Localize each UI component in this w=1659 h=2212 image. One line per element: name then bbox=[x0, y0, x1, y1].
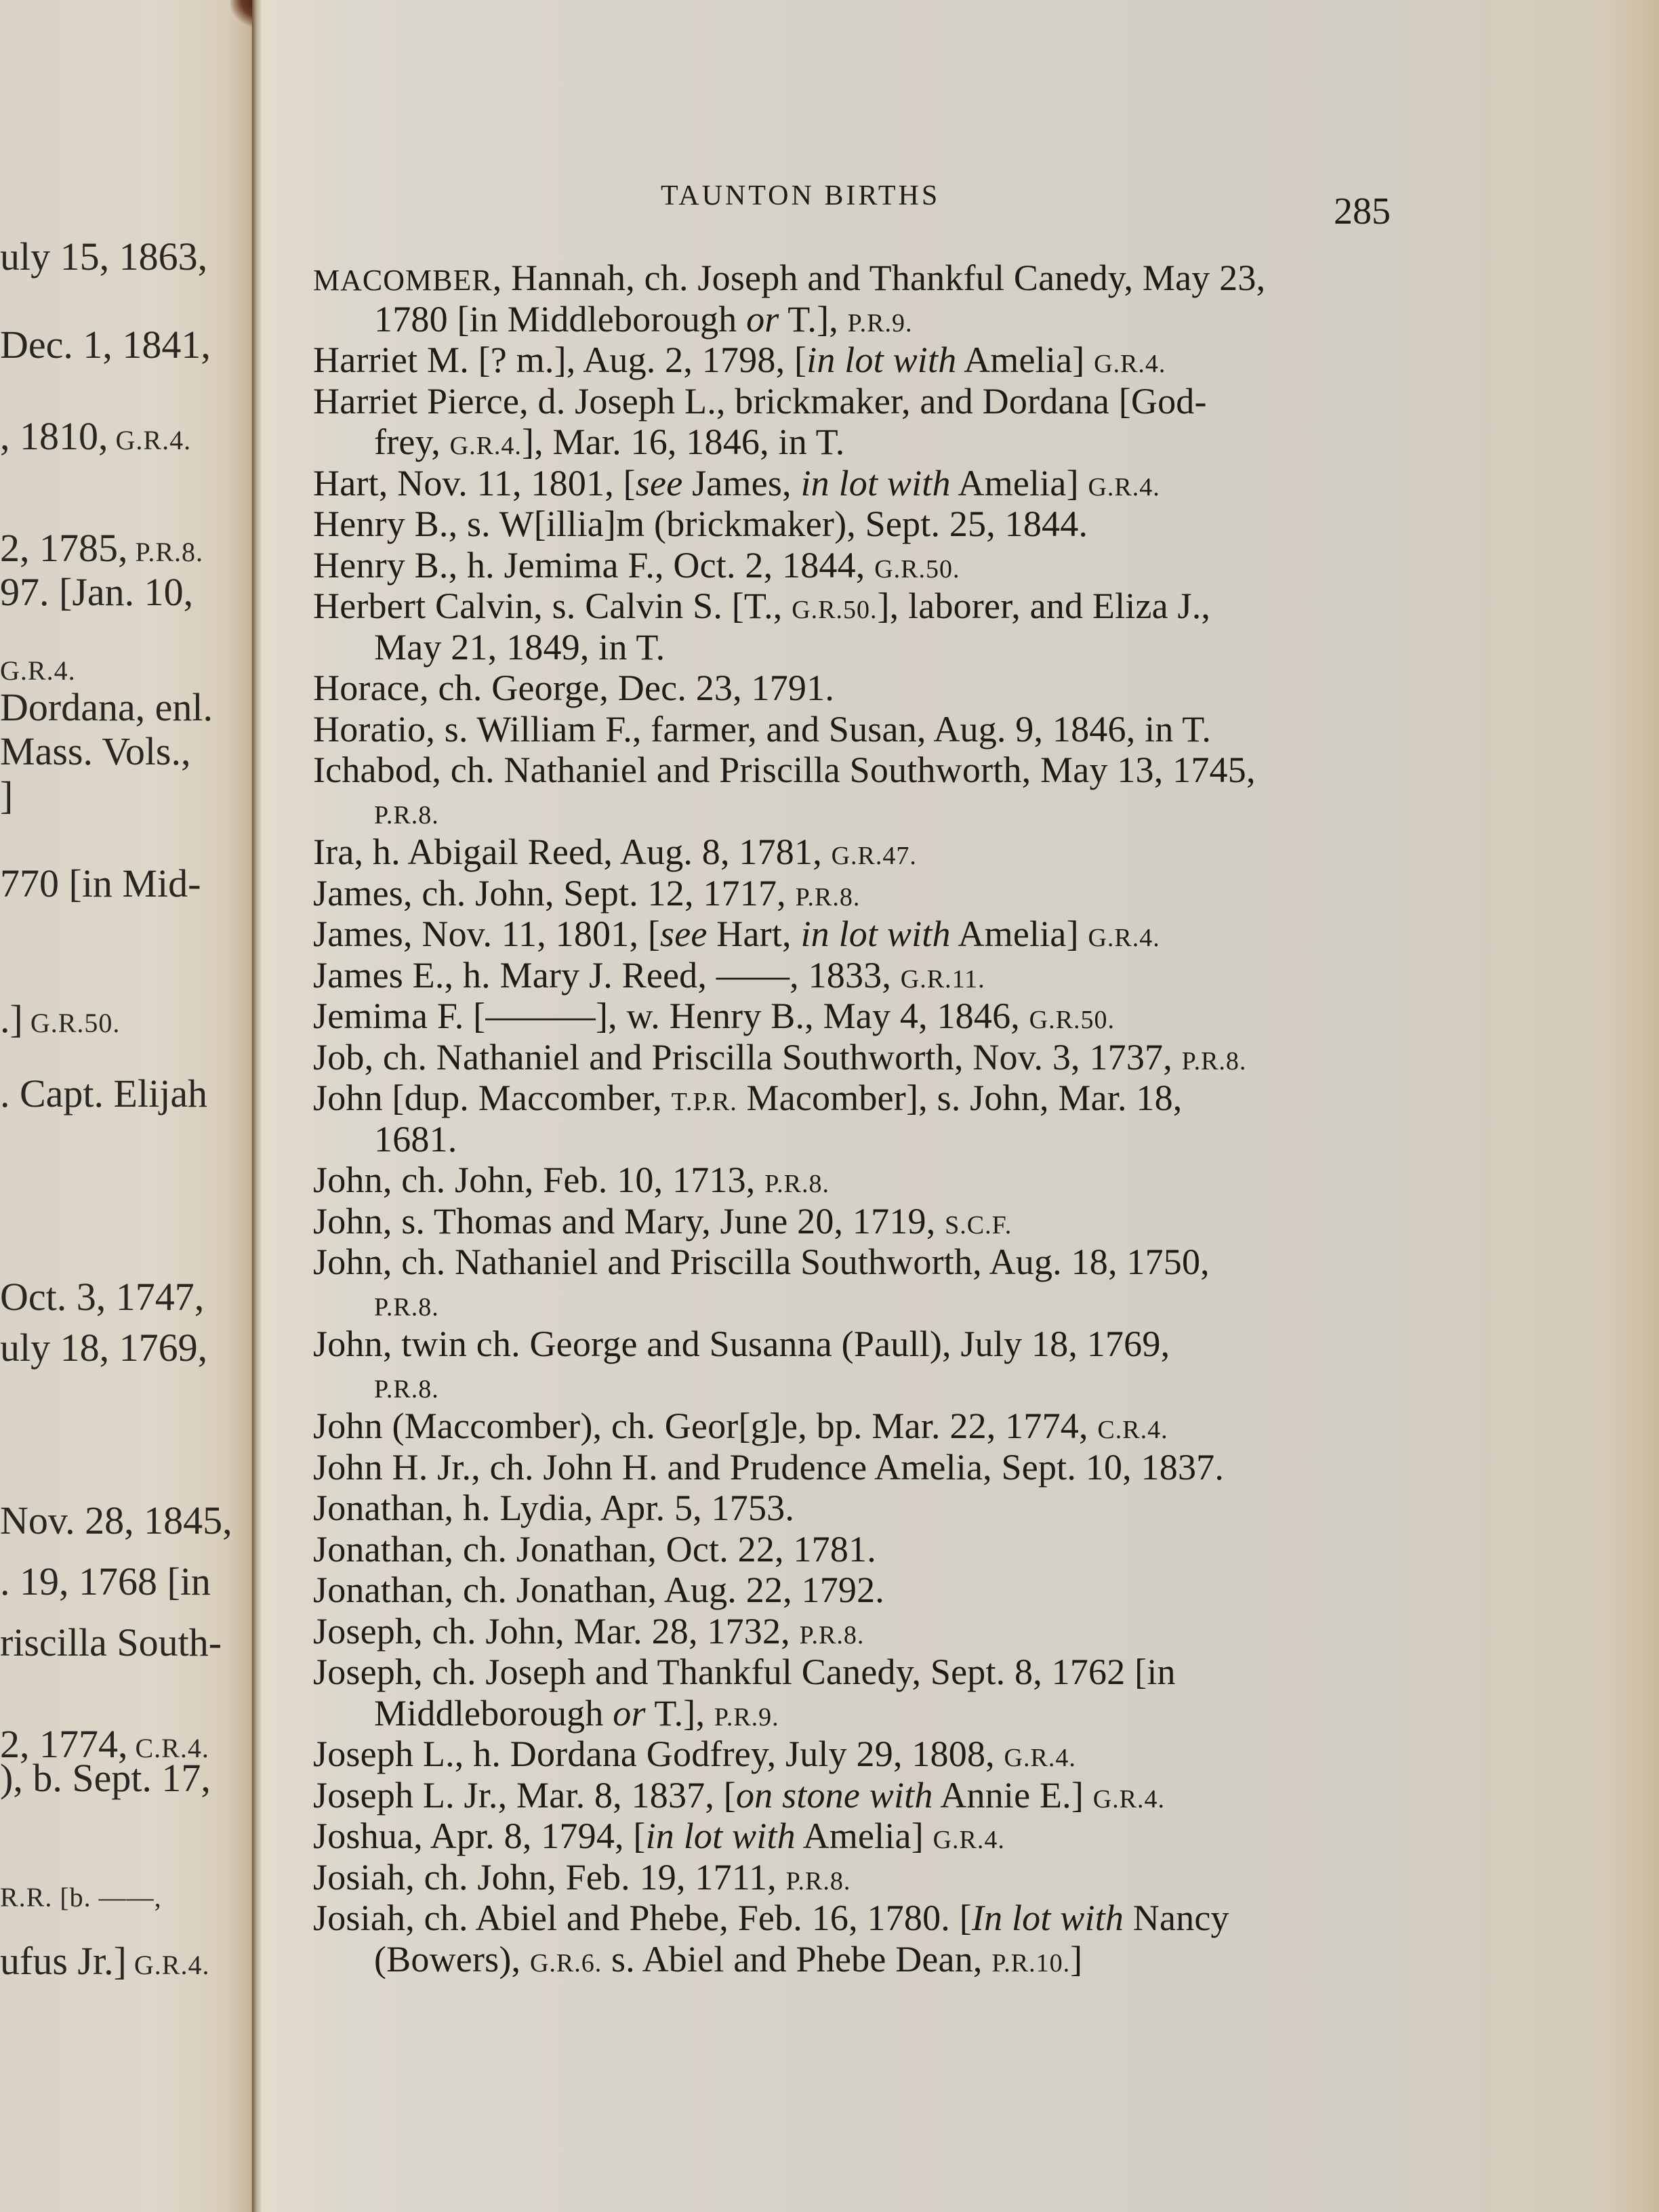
entry-line: John [dup. Maccomber, T.P.R. Macomber], … bbox=[313, 1078, 1411, 1119]
page-number: 285 bbox=[1334, 190, 1391, 233]
left-page-fragment: R.R. [b. ——, bbox=[0, 1870, 162, 1916]
left-page-fragment: ), b. Sept. 17, bbox=[0, 1755, 211, 1801]
left-page-fragment: .] G.R.50. bbox=[0, 996, 120, 1042]
left-page-fragment: . 19, 1768 [in bbox=[0, 1559, 211, 1604]
left-page-fragment: G.R.4. bbox=[0, 644, 76, 689]
entry-line: Joseph L. Jr., Mar. 8, 1837, [on stone w… bbox=[313, 1775, 1411, 1816]
source-ref: G.R.6. bbox=[530, 1949, 602, 1978]
entry-continuation-line: frey, G.R.4.], Mar. 16, 1846, in T. bbox=[313, 422, 1411, 463]
entry-line: Horatio, s. William F., farmer, and Susa… bbox=[313, 709, 1411, 750]
entry-text: John, ch. John, Feb. 10, 1713, bbox=[313, 1160, 764, 1200]
entry-text: Amelia] bbox=[951, 463, 1088, 504]
fragment-text: riscilla South- bbox=[0, 1620, 222, 1664]
left-page-fragment: 770 [in Mid- bbox=[0, 861, 201, 906]
left-page-fragment: Oct. 3, 1747, bbox=[0, 1274, 204, 1319]
entry-text: Hart, Nov. 11, 1801, [ bbox=[313, 463, 636, 504]
entry-line: John (Maccomber), ch. Geor[g]e, bp. Mar.… bbox=[313, 1406, 1411, 1447]
entry-line: Harriet M. [? m.], Aug. 2, 1798, [in lot… bbox=[313, 340, 1411, 381]
entry-line: Herbert Calvin, s. Calvin S. [T., G.R.50… bbox=[313, 586, 1411, 627]
italic-note: in lot with bbox=[800, 914, 950, 954]
source-ref: S.C.F. bbox=[945, 1211, 1012, 1240]
entry-text: Harriet M. [? m.], Aug. 2, 1798, [ bbox=[313, 340, 806, 380]
fragment-text: Dordana, enl. bbox=[0, 685, 213, 729]
entry-continuation-line: P.R.8. bbox=[313, 1283, 1411, 1324]
fragment-text: Oct. 3, 1747, bbox=[0, 1275, 204, 1319]
italic-note: in lot with bbox=[800, 463, 950, 504]
entry-text: Herbert Calvin, s. Calvin S. [T., bbox=[313, 586, 792, 626]
source-ref: G.R.47. bbox=[832, 842, 917, 870]
source-ref: P.R.10. bbox=[991, 1949, 1070, 1978]
fragment-source-ref: G.R.50. bbox=[23, 1008, 121, 1038]
entry-text: Joseph, ch. Joseph and Thankful Canedy, … bbox=[313, 1652, 1176, 1692]
entry-continuation-line: 1681. bbox=[313, 1119, 1411, 1160]
entry-continuation-line: (Bowers), G.R.6. s. Abiel and Phebe Dean… bbox=[313, 1939, 1411, 1980]
left-page-fragment: , 1810, G.R.4. bbox=[0, 413, 191, 459]
source-ref: G.R.4. bbox=[1004, 1744, 1076, 1772]
source-ref: G.R.4. bbox=[1088, 473, 1160, 501]
source-ref: G.R.50. bbox=[1029, 1006, 1115, 1034]
entry-line: Josiah, ch. John, Feb. 19, 1711, P.R.8. bbox=[313, 1857, 1411, 1898]
fragment-text: . 19, 1768 [in bbox=[0, 1559, 211, 1603]
entry-text: John, ch. Nathaniel and Priscilla Southw… bbox=[313, 1242, 1210, 1282]
entry-text: (Bowers), bbox=[374, 1939, 530, 1980]
entry-line: Joseph, ch. John, Mar. 28, 1732, P.R.8. bbox=[313, 1611, 1411, 1652]
left-page-fragment: Mass. Vols., bbox=[0, 729, 191, 774]
entry-text: ], Mar. 16, 1846, in T. bbox=[522, 422, 845, 462]
entry-line: John, ch. Nathaniel and Priscilla Southw… bbox=[313, 1242, 1411, 1283]
fragment-source-ref: G.R.4. bbox=[108, 425, 192, 455]
italic-note: In lot with bbox=[972, 1898, 1124, 1938]
entry-text: frey, bbox=[374, 422, 450, 462]
source-ref: C.R.4. bbox=[1097, 1416, 1168, 1444]
entry-line: Joseph L., h. Dordana Godfrey, July 29, … bbox=[313, 1734, 1411, 1775]
left-page-fragment: . Capt. Elijah bbox=[0, 1071, 207, 1116]
entry-text: May 21, 1849, in T. bbox=[374, 627, 665, 668]
entry-text: John [dup. Maccomber, bbox=[313, 1078, 672, 1118]
left-page-fragment: Dordana, enl. bbox=[0, 684, 213, 730]
fragment-text: ), b. Sept. 17, bbox=[0, 1756, 211, 1800]
entry-line: Joseph, ch. Joseph and Thankful Canedy, … bbox=[313, 1652, 1411, 1693]
fragment-text: 770 [in Mid- bbox=[0, 861, 201, 905]
fragment-text: Mass. Vols., bbox=[0, 729, 191, 773]
italic-note: in lot with bbox=[646, 1816, 796, 1856]
italic-note: in lot with bbox=[806, 340, 956, 380]
entry-text: T.], bbox=[646, 1693, 714, 1734]
left-page-fragment: uly 15, 1863, bbox=[0, 234, 207, 279]
entry-text: ], laborer, and Eliza J., bbox=[878, 586, 1211, 626]
left-page-fragment: Dec. 1, 1841, bbox=[0, 322, 211, 367]
source-ref: P.R.8. bbox=[374, 801, 439, 829]
entry-line: Josiah, ch. Abiel and Phebe, Feb. 16, 17… bbox=[313, 1898, 1411, 1939]
entry-text: T.], bbox=[779, 299, 847, 340]
book-gutter bbox=[252, 0, 262, 2212]
entry-text: James, ch. John, Sept. 12, 1717, bbox=[313, 873, 796, 914]
entry-text: Ichabod, ch. Nathaniel and Priscilla Sou… bbox=[313, 750, 1256, 790]
entry-text: Horace, ch. George, Dec. 23, 1791. bbox=[313, 668, 834, 708]
entry-continuation-line: 1780 [in Middleborough or T.], P.R.9. bbox=[313, 299, 1411, 340]
entry-line: Joshua, Apr. 8, 1794, [in lot with Ameli… bbox=[313, 1816, 1411, 1857]
entry-line: James E., h. Mary J. Reed, ——, 1833, G.R… bbox=[313, 955, 1411, 996]
fragment-source-ref: P.R.8. bbox=[128, 537, 204, 567]
entry-text: James, Nov. 11, 1801, [ bbox=[313, 914, 660, 954]
entry-text: John (Maccomber), ch. Geor[g]e, bp. Mar.… bbox=[313, 1406, 1097, 1446]
entry-line: Hart, Nov. 11, 1801, [see James, in lot … bbox=[313, 463, 1411, 504]
entry-text: Macomber], s. John, Mar. 18, bbox=[737, 1078, 1183, 1118]
entry-text: Horatio, s. William F., farmer, and Susa… bbox=[313, 709, 1211, 750]
entry-line: James, Nov. 11, 1801, [see Hart, in lot … bbox=[313, 914, 1411, 955]
entry-line: John, twin ch. George and Susanna (Paull… bbox=[313, 1324, 1411, 1365]
entry-text: Joshua, Apr. 8, 1794, [ bbox=[313, 1816, 646, 1856]
entry-line: Ira, h. Abigail Reed, Aug. 8, 1781, G.R.… bbox=[313, 832, 1411, 873]
left-page-fragment: Nov. 28, 1845, bbox=[0, 1498, 232, 1543]
entry-text: Josiah, ch. Abiel and Phebe, Feb. 16, 17… bbox=[313, 1898, 972, 1938]
entry-text: Henry B., s. W[illia]m (brickmaker), Sep… bbox=[313, 504, 1088, 544]
entry-line: Henry B., h. Jemima F., Oct. 2, 1844, G.… bbox=[313, 545, 1411, 586]
entry-line: John, ch. John, Feb. 10, 1713, P.R.8. bbox=[313, 1160, 1411, 1201]
source-ref: G.R.4. bbox=[450, 432, 522, 460]
source-ref: P.R.8. bbox=[1182, 1047, 1247, 1076]
running-head: TAUNTON BIRTHS bbox=[661, 180, 940, 212]
entry-line: Jonathan, ch. Jonathan, Oct. 22, 1781. bbox=[313, 1529, 1411, 1570]
fragment-source-ref: G.R.4. bbox=[127, 1950, 210, 1980]
entry-line: Jonathan, ch. Jonathan, Aug. 22, 1792. bbox=[313, 1570, 1411, 1611]
entry-text: John H. Jr., ch. John H. and Prudence Am… bbox=[313, 1447, 1224, 1488]
left-page: uly 15, 1863,Dec. 1, 1841,, 1810, G.R.4.… bbox=[0, 0, 258, 2212]
fragment-text: uly 18, 1769, bbox=[0, 1326, 207, 1370]
entry-text: John, s. Thomas and Mary, June 20, 1719, bbox=[313, 1201, 945, 1242]
source-ref: G.R.50. bbox=[792, 596, 877, 624]
source-ref: P.R.8. bbox=[786, 1867, 851, 1896]
fragment-text: ] bbox=[0, 773, 13, 817]
fragment-text: Nov. 28, 1845, bbox=[0, 1498, 232, 1542]
entry-continuation-line: May 21, 1849, in T. bbox=[313, 627, 1411, 668]
left-page-fragment: ufus Jr.] G.R.4. bbox=[0, 1938, 209, 1984]
entry-line: Jemima F. [———], w. Henry B., May 4, 184… bbox=[313, 996, 1411, 1037]
entry-text: Middleborough bbox=[374, 1693, 613, 1734]
fragment-text: , 1810, bbox=[0, 414, 108, 458]
entry-line: MACOMBER, Hannah, ch. Joseph and Thankfu… bbox=[313, 258, 1411, 299]
entry-text: Harriet Pierce, d. Joseph L., brickmaker… bbox=[313, 381, 1207, 422]
fragment-text: . Capt. Elijah bbox=[0, 1071, 207, 1115]
entry-text: Nancy bbox=[1124, 1898, 1229, 1938]
source-ref: G.R.4. bbox=[1094, 350, 1166, 378]
source-ref: P.R.8. bbox=[374, 1375, 439, 1404]
left-page-fragment: 2, 1785, P.R.8. bbox=[0, 525, 203, 571]
entry-line: Henry B., s. W[illia]m (brickmaker), Sep… bbox=[313, 504, 1411, 545]
entry-text: Joseph L., h. Dordana Godfrey, July 29, … bbox=[313, 1734, 1004, 1774]
fragment-text: 2, 1785, bbox=[0, 526, 128, 570]
left-page-fragment: uly 18, 1769, bbox=[0, 1325, 207, 1370]
entry-text: , Hannah, ch. Joseph and Thankful Canedy… bbox=[493, 258, 1266, 298]
entry-text: Joseph L. Jr., Mar. 8, 1837, [ bbox=[313, 1775, 736, 1816]
entry-text: Henry B., h. Jemima F., Oct. 2, 1844, bbox=[313, 545, 874, 586]
left-page-fragment: riscilla South- bbox=[0, 1620, 222, 1665]
entry-text: Josiah, ch. John, Feb. 19, 1711, bbox=[313, 1857, 786, 1898]
italic-note: or bbox=[746, 299, 779, 340]
italic-note: on stone with bbox=[736, 1775, 933, 1816]
fragment-text: ufus Jr.] bbox=[0, 1939, 127, 1983]
italic-note: see bbox=[660, 914, 708, 954]
entry-text: Amelia] bbox=[956, 340, 1094, 380]
fragment-source-ref: R.R. [b. ——, bbox=[0, 1882, 162, 1912]
left-page-fragment: ] bbox=[0, 773, 13, 818]
entry-line: Horace, ch. George, Dec. 23, 1791. bbox=[313, 668, 1411, 709]
entry-text: Amelia] bbox=[951, 914, 1088, 954]
entry-text: Annie E.] bbox=[933, 1775, 1093, 1816]
entry-text: Job, ch. Nathaniel and Priscilla Southwo… bbox=[313, 1037, 1182, 1078]
entry-text: Ira, h. Abigail Reed, Aug. 8, 1781, bbox=[313, 832, 832, 872]
entry-text: Jonathan, h. Lydia, Apr. 5, 1753. bbox=[313, 1488, 794, 1528]
source-ref: P.R.9. bbox=[848, 309, 913, 337]
entry-text: Joseph, ch. John, Mar. 28, 1732, bbox=[313, 1611, 800, 1652]
source-ref: G.R.11. bbox=[901, 965, 985, 994]
entry-line: Job, ch. Nathaniel and Priscilla Southwo… bbox=[313, 1037, 1411, 1078]
surname-heading: MACOMBER bbox=[313, 264, 493, 297]
source-ref: P.R.8. bbox=[796, 883, 861, 912]
source-ref: G.R.4. bbox=[933, 1826, 1005, 1854]
entry-text: James E., h. Mary J. Reed, ——, 1833, bbox=[313, 955, 901, 996]
birth-entries: MACOMBER, Hannah, ch. Joseph and Thankfu… bbox=[313, 258, 1411, 1980]
entry-text: ] bbox=[1070, 1939, 1082, 1980]
entry-line: Ichabod, ch. Nathaniel and Priscilla Sou… bbox=[313, 750, 1411, 791]
fragment-text: 97. [Jan. 10, bbox=[0, 570, 193, 614]
entry-text: Jonathan, ch. Jonathan, Aug. 22, 1792. bbox=[313, 1570, 884, 1610]
entry-text: Jemima F. [———], w. Henry B., May 4, 184… bbox=[313, 996, 1029, 1036]
source-ref: P.R.8. bbox=[764, 1170, 829, 1198]
fragment-text: uly 15, 1863, bbox=[0, 234, 207, 279]
fragment-text: .] bbox=[0, 997, 23, 1041]
source-ref: G.R.4. bbox=[1088, 924, 1160, 952]
entry-text: Jonathan, ch. Jonathan, Oct. 22, 1781. bbox=[313, 1529, 876, 1570]
entry-continuation-line: P.R.8. bbox=[313, 791, 1411, 832]
entry-line: John, s. Thomas and Mary, June 20, 1719,… bbox=[313, 1201, 1411, 1242]
entry-text: 1780 [in Middleborough bbox=[374, 299, 746, 340]
source-ref: P.R.9. bbox=[714, 1703, 779, 1732]
italic-note: or bbox=[613, 1693, 645, 1734]
entry-line: James, ch. John, Sept. 12, 1717, P.R.8. bbox=[313, 873, 1411, 914]
entry-text: 1681. bbox=[374, 1119, 457, 1160]
entry-continuation-line: Middleborough or T.], P.R.9. bbox=[313, 1693, 1411, 1734]
entry-text: s. Abiel and Phebe Dean, bbox=[602, 1939, 991, 1980]
fragment-text: Dec. 1, 1841, bbox=[0, 323, 211, 367]
source-ref: G.R.50. bbox=[874, 555, 960, 583]
entry-line: Harriet Pierce, d. Joseph L., brickmaker… bbox=[313, 381, 1411, 422]
entry-text: James, bbox=[682, 463, 800, 504]
entry-continuation-line: P.R.8. bbox=[313, 1365, 1411, 1406]
source-ref: T.P.R. bbox=[672, 1088, 737, 1116]
entry-line: John H. Jr., ch. John H. and Prudence Am… bbox=[313, 1447, 1411, 1488]
source-ref: P.R.8. bbox=[374, 1293, 439, 1322]
source-ref: P.R.8. bbox=[800, 1621, 865, 1650]
italic-note: see bbox=[636, 463, 683, 504]
entry-text: Hart, bbox=[708, 914, 801, 954]
fragment-source-ref: G.R.4. bbox=[0, 655, 76, 686]
entry-line: Jonathan, h. Lydia, Apr. 5, 1753. bbox=[313, 1488, 1411, 1529]
left-page-fragment: 97. [Jan. 10, bbox=[0, 569, 193, 615]
entry-text: John, twin ch. George and Susanna (Paull… bbox=[313, 1324, 1170, 1364]
source-ref: G.R.4. bbox=[1093, 1785, 1165, 1814]
entry-text: Amelia] bbox=[796, 1816, 933, 1856]
